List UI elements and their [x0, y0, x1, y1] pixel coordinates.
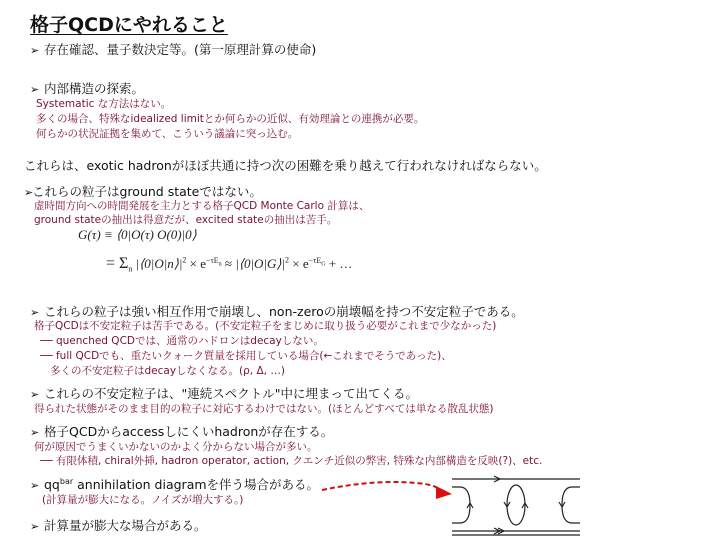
detail-line: ── full QCDでも、重たいクォーク質量を採用している場合(←これまでそう…: [40, 348, 452, 364]
detail-line: 多くの不安定粒子はdecayしなくなる。(ρ, Δ, …): [50, 363, 285, 379]
bullet-arrow-icon: ➢: [30, 44, 44, 57]
dashed-arrow-icon: [320, 470, 455, 500]
formula-sum: = Σ: [106, 255, 128, 272]
bullet-huge-computation: ➢計算量が膨大な場合がある。: [30, 516, 207, 534]
formula-line-2: = Σn |⟨0|O|n⟩|2 × e−τEn ≈ |⟨0|O|G⟩|2 × e…: [106, 255, 352, 274]
detail-line: ground stateの抽出は得意だが、excited stateの抽出は苦手…: [34, 212, 337, 228]
bullet-text-sup: bar: [60, 477, 73, 486]
bullet-arrow-icon: ➢: [24, 186, 32, 199]
detail-line: 何らかの状況証拠を集めて、こういう議論に突っ込む。: [36, 126, 298, 142]
formula-exp-power: −τEn: [206, 256, 222, 265]
bullet-text: これらの粒子は強い相互作用で崩壊し、non-zeroの崩壊幅を持つ不安定粒子であ…: [44, 304, 524, 319]
formula-exp-base: × e: [190, 256, 206, 271]
formula-matrix-element-n: |⟨0|O|n⟩|: [136, 256, 183, 271]
formula-line-1: G(τ) ≡ ⟨0|O(τ) O(0)|0⟩: [78, 227, 197, 243]
formula-sum-index: n: [128, 265, 132, 274]
detail-line: ── 有限体積, chiral外挿, hadron operator, acti…: [40, 453, 542, 469]
annihilation-diagram-icon: [452, 475, 582, 537]
detail-line: ── quenched QCDでは、通常のハドロンはdecayしない。: [40, 333, 324, 349]
formula-exp-text: −τE: [309, 256, 322, 265]
formula-exp-sub: n: [219, 261, 222, 267]
bullet-text: 内部構造の探索。: [44, 81, 144, 96]
bullet-text: これらの不安定粒子は、"連続スペクトル"中に埋まって出てくる。: [44, 386, 418, 401]
formula-tail: + …: [329, 256, 353, 271]
detail-line: 格子QCDは不安定粒子は苦手である。(不安定粒子をまじめに取り扱う必要がこれまで…: [34, 318, 496, 334]
formula-matrix-element-g: |⟨0|O|G⟩|: [235, 256, 285, 271]
bullet-text-post: annihilation diagramを伴う場合がある。: [73, 477, 319, 492]
formula-exp-text: −τE: [206, 256, 219, 265]
page-title: 格子QCDにやれること: [30, 10, 228, 37]
formula-exp-power: −τEG: [309, 256, 326, 265]
bullet-text-pre: qq: [44, 477, 60, 492]
formula-correlator: G(τ) ≡ ⟨0|O(τ) O(0)|0⟩: [78, 227, 197, 242]
bullet-arrow-icon: ➢: [30, 520, 44, 533]
bullet-text: 格子QCDからaccessしにくいhadronが存在する。: [44, 424, 333, 439]
formula-approx: ≈: [225, 256, 232, 271]
bullet-text: これらの粒子はground stateではない。: [32, 184, 262, 199]
formula-exponent: 2: [182, 256, 186, 265]
formula-exp-base: × e: [292, 256, 308, 271]
detail-line: Systematic な方法はない。: [36, 96, 171, 112]
detail-line: (計算量が膨大になる。ノイズが増大する。): [42, 492, 243, 508]
bullet-arrow-icon: ➢: [30, 83, 44, 96]
bullet-existence: ➢存在確認、量子数決定等。(第一原理計算の使命): [30, 40, 316, 58]
bullet-arrow-icon: ➢: [30, 388, 44, 401]
detail-line: 多くの場合、特殊なidealized limitとか何らかの近似、有効理論との連…: [36, 111, 424, 127]
bullet-continuum-spectrum: ➢これらの不安定粒子は、"連続スペクトル"中に埋まって出てくる。: [30, 384, 418, 402]
bullet-arrow-icon: ➢: [30, 426, 44, 439]
bullet-text: 計算量が膨大な場合がある。: [44, 518, 207, 533]
formula-exp-sub: G: [321, 261, 325, 267]
bullet-annihilation-diagram: ➢qqbar annihilation diagramを伴う場合がある。: [30, 475, 319, 493]
intro-text: これらは、exotic hadronがほぼ共通に持つ次の困難を乗り越えて行われな…: [24, 156, 547, 174]
bullet-hard-to-access-hadrons: ➢格子QCDからaccessしにくいhadronが存在する。: [30, 422, 333, 440]
detail-line: 得られた状態がそのまま目的の粒子に対応するわけではない。(ほとんどすべては単なる…: [34, 401, 493, 417]
bullet-arrow-icon: ➢: [30, 479, 44, 492]
bullet-text: 存在確認、量子数決定等。(第一原理計算の使命): [44, 42, 316, 57]
formula-exponent: 2: [285, 256, 289, 265]
bullet-internal-structure: ➢内部構造の探索。: [30, 79, 144, 97]
